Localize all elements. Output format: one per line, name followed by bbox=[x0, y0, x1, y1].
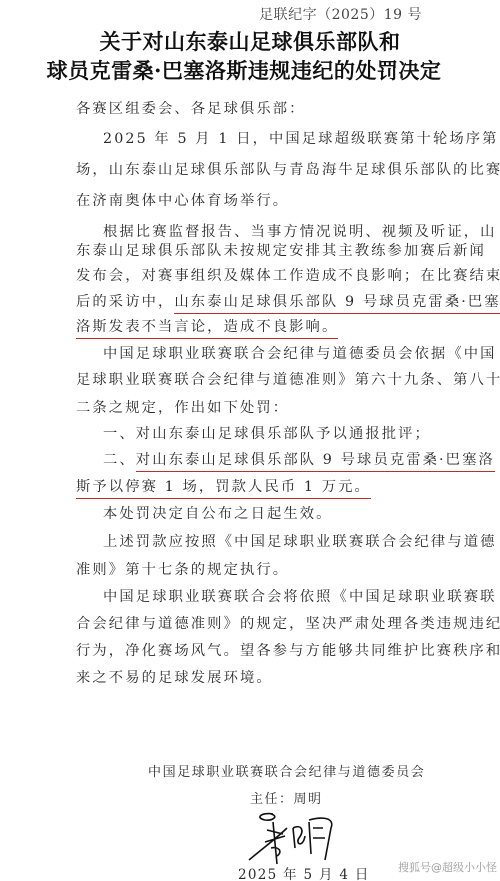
paragraph-3-line: 足球职业联赛联合会纪律与道德准则》第六十九条、第八十 bbox=[76, 369, 424, 391]
paragraph-4-line: 准则》第十七条的规定执行。 bbox=[76, 559, 424, 581]
handwritten-signature-icon bbox=[243, 808, 348, 866]
paragraph-2-line: 东泰山足球俱乐部队未按规定安排其主教练参加赛后新闻 bbox=[76, 240, 424, 262]
highlighted-statement: 山东泰山足球俱乐部队 9 号球员克雷桑·巴塞 bbox=[174, 294, 500, 314]
salutation: 各赛区组委会、各足球俱乐部： bbox=[76, 98, 424, 120]
paragraph-2-text: 后的采访中， bbox=[76, 294, 174, 310]
director-name: 主任：周明 bbox=[250, 788, 323, 807]
issue-date: 2025 年 5 月 4 日 bbox=[238, 863, 370, 881]
paragraph-1-line: 场，山东泰山足球俱乐部队与青岛海牛足球俱乐部队的比赛 bbox=[76, 159, 424, 181]
paragraph-3-line: 中国足球职业联赛联合会纪律与道德委员会依据《中国 bbox=[76, 343, 424, 365]
paragraph-4-line: 上述罚款应按照《中国足球职业联赛联合会纪律与道德 bbox=[76, 531, 424, 553]
effective-statement: 本处罚决定自公布之日起生效。 bbox=[76, 503, 424, 525]
document-title-line-2: 球员克雷桑·巴塞洛斯违规违纪的处罚决定 bbox=[0, 55, 494, 85]
document-number: 足联纪字（2025）19 号 bbox=[259, 4, 422, 24]
paragraph-2-line: 后的采访中，山东泰山足球俱乐部队 9 号球员克雷桑·巴塞 bbox=[76, 291, 424, 313]
paragraph-1-line: 2025 年 5 月 1 日，中国足球超级联赛第十轮场序第 77 bbox=[76, 128, 424, 150]
highlighted-penalty: 斯予以停赛 1 场，罚款人民币 1 万元。 bbox=[76, 479, 371, 499]
paragraph-3-line: 二条之规定，作出如下处罚： bbox=[76, 397, 424, 419]
paragraph-2-line: 发布会，对赛事组织及媒体工作造成不良影响；在比赛结束 bbox=[76, 265, 424, 287]
document-title-line-1: 关于对山东泰山足球俱乐部队和 bbox=[0, 26, 500, 56]
penalty-item-1: 一、对山东泰山足球俱乐部队予以通报批评； bbox=[76, 423, 424, 445]
watermark: 搜狐号@超级小小怪 bbox=[398, 859, 497, 875]
paragraph-2-line: 洛斯发表不当言论，造成不良影响。 bbox=[76, 316, 424, 338]
penalty-item-2-line: 斯予以停赛 1 场，罚款人民币 1 万元。 bbox=[76, 476, 424, 498]
paragraph-5-line: 来之不易的足球发展环境。 bbox=[76, 667, 424, 689]
paragraph-5-line: 合会纪律与道德准则》的规定，坚决严肃处理各类违规违纪 bbox=[76, 613, 424, 635]
penalty-item-2: 二、对山东泰山足球俱乐部队 9 号球员克雷桑·巴塞洛 bbox=[76, 449, 424, 471]
issuing-organization: 中国足球职业联赛联合会纪律与道德委员会 bbox=[148, 761, 425, 780]
penalty-item-2-prefix: 二、 bbox=[103, 452, 136, 468]
highlighted-penalty: 对山东泰山足球俱乐部队 9 号球员克雷桑·巴塞洛 bbox=[136, 452, 495, 472]
paragraph-5-line: 中国足球职业联赛联合会将依照《中国足球职业联赛联 bbox=[76, 586, 424, 608]
highlighted-statement: 洛斯发表不当言论，造成不良影响。 bbox=[76, 319, 338, 339]
paragraph-1-line: 在济南奥体中心体育场举行。 bbox=[76, 190, 424, 212]
paragraph-5-line: 行为，净化赛场风气。望各参与方能够共同维护比赛秩序和 bbox=[76, 640, 424, 662]
